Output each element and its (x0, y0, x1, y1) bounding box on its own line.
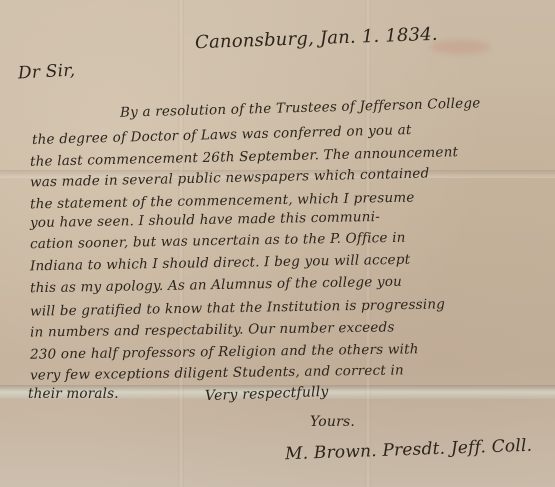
signature: M. Brown. Presdt. Jeff. Coll. (285, 436, 533, 465)
body-line: By a resolution of the Trustees of Jeffe… (120, 95, 481, 120)
body-line: this as my apology. As an Alumnus of the… (30, 274, 402, 296)
body-line: 230 one half professors of Religion and … (30, 341, 419, 362)
body-line: in numbers and respectability. Our numbe… (30, 319, 395, 340)
closing-line: Yours. (310, 414, 355, 430)
body-line: will be gratified to know that the Insti… (30, 296, 445, 319)
body-line: their morals. (28, 386, 119, 402)
letter-page: Canonsburg, Jan. 1. 1834. Dr Sir, By a r… (0, 0, 555, 487)
closing-line: Very respectfully (205, 384, 329, 404)
body-line: you have seen. I should have made this c… (30, 209, 380, 231)
body-line: cation sooner, but was uncertain as to t… (30, 230, 406, 253)
body-line: the degree of Doctor of Laws was conferr… (32, 122, 412, 148)
body-line: Indiana to which I should direct. I beg … (30, 252, 411, 275)
body-line: very few exceptions diligent Students, a… (30, 362, 404, 383)
salutation: Dr Sir, (18, 61, 76, 84)
paper-stain (430, 40, 490, 54)
dateline: Canonsburg, Jan. 1. 1834. (195, 24, 438, 53)
